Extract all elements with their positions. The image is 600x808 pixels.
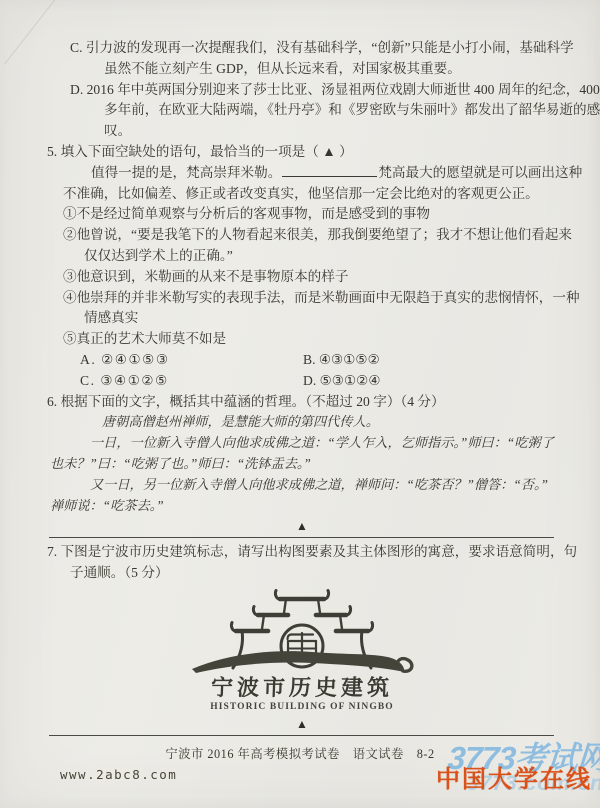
text-segment: 值得一提的是，梵高崇拜米勒。 bbox=[91, 165, 281, 180]
text-line: 情感真实 bbox=[84, 308, 557, 329]
logo-emblem-icon bbox=[182, 589, 422, 675]
text-line: ④他崇拜的并非米勒写实的表现手法，而是米勒画面中无限趋于真实的悲悯情怀，一种 bbox=[63, 288, 557, 309]
logo-chinese-title: 宁波市历史建筑 bbox=[162, 675, 443, 701]
fill-blank-line: 值得一提的是，梵高崇拜米勒。梵高最大的愿望就是可以画出这种 bbox=[91, 163, 557, 184]
text-line: ⑤真正的艺术大师莫不如是 bbox=[63, 329, 557, 350]
text-line: 唐朝高僧赵州禅师，是慧能大师的第四代传人。 bbox=[102, 412, 557, 433]
text-line: 7. 下图是宁波市历史建筑标志，请写出构图要素及其主体图形的寓意，要求语意简明，… bbox=[47, 542, 557, 563]
watermark-slogan: 中国大学在线 bbox=[436, 759, 592, 794]
options-row: A. ②④①⑤③B. ④③①⑤② bbox=[80, 350, 557, 371]
text-line: C. 引力波的发现再一次提醒我们，没有基础科学，“创新”只能是小打小闹，基础科学 bbox=[70, 38, 557, 59]
text-line: 禅师说：“吃茶去。” bbox=[50, 496, 557, 517]
option-cell: D. ⑤③①②④ bbox=[303, 373, 381, 388]
blank-underline bbox=[282, 173, 377, 177]
ningbo-historic-building-logo: 宁波市历史建筑 HISTORIC BUILDING OF NINGBO bbox=[162, 589, 442, 714]
text-line: 叹。 bbox=[104, 121, 557, 142]
answer-separator-line bbox=[49, 537, 554, 538]
text-line: 多年前，在欧亚大陆两端，《牡丹亭》和《罗密欧与朱丽叶》都发出了韶华易逝的感 bbox=[104, 100, 557, 121]
option-cell: B. ④③①⑤② bbox=[303, 352, 380, 367]
text-line: 子通顺。（5 分） bbox=[70, 563, 557, 584]
footer-website-url: www.2abc8.com bbox=[60, 767, 177, 782]
scanned-exam-page: C. 引力波的发现再一次提醒我们，没有基础科学，“创新”只能是小打小闹，基础科学… bbox=[0, 0, 600, 808]
option-cell: A. ②④①⑤③ bbox=[80, 350, 303, 371]
answer-marker-triangle: ▲ bbox=[47, 518, 557, 534]
text-line: ③他意识到，米勒画的从来不是事物原本的样子 bbox=[63, 267, 557, 288]
brush-wave-icon bbox=[192, 651, 412, 673]
text-segment: 梵高最大的愿望就是可以画出这种 bbox=[378, 165, 582, 180]
text-line: 不准确，比如偏差、修正或者改变真实，他坚信那一定会比绝对的客观更公正。 bbox=[63, 184, 557, 205]
text-line: D. 2016 年中英两国分别迎来了莎士比亚、汤显祖两位戏剧大师逝世 400 周… bbox=[70, 80, 557, 101]
text-line: ①不是经过简单观察与分析后的客观事物，而是感受到的事物 bbox=[63, 204, 557, 225]
logo-english-title: HISTORIC BUILDING OF NINGBO bbox=[162, 701, 442, 714]
text-line: 又一日，另一位新入寺僧人向他求成佛之道，禅师问：“吃茶否？”僧答：“否。” bbox=[90, 475, 557, 496]
text-line: 虽然不能立刻产生 GDP，但从长远来看，对国家极其重要。 bbox=[104, 59, 557, 80]
text-line: 5. 填入下面空缺处的语句，最恰当的一项是（ ▲ ） bbox=[47, 142, 557, 163]
question-lines-top: C. 引力波的发现再一次提醒我们，没有基础科学，“创新”只能是小打小闹，基础科学… bbox=[47, 38, 557, 584]
text-line: ②他曾说，“要是我笔下的人物看起来很美，那我倒要绝望了；我才不想让他们看起来 bbox=[63, 225, 557, 246]
option-cell: C. ③④①②⑤ bbox=[80, 371, 303, 392]
options-row: C. ③④①②⑤D. ⑤③①②④ bbox=[80, 371, 557, 392]
text-line: 也未？”曰：“吃粥了也。”师曰：“洗钵盂去。” bbox=[50, 454, 557, 475]
answer-marker-triangle: ▲ bbox=[47, 716, 557, 732]
exam-content: C. 引力波的发现再一次提醒我们，没有基础科学，“创新”只能是小打小闹，基础科学… bbox=[47, 38, 557, 740]
text-line: 一日，一位新入寺僧人向他求成佛之道：“学人乍入，乞师指示。”师曰：“吃粥了 bbox=[90, 433, 557, 454]
text-line: 6. 根据下面的文字，概括其中蕴涵的哲理。（不超过 20 字）（4 分） bbox=[47, 392, 557, 413]
text-line: 仅仅达到学术上的正确。” bbox=[84, 246, 557, 267]
